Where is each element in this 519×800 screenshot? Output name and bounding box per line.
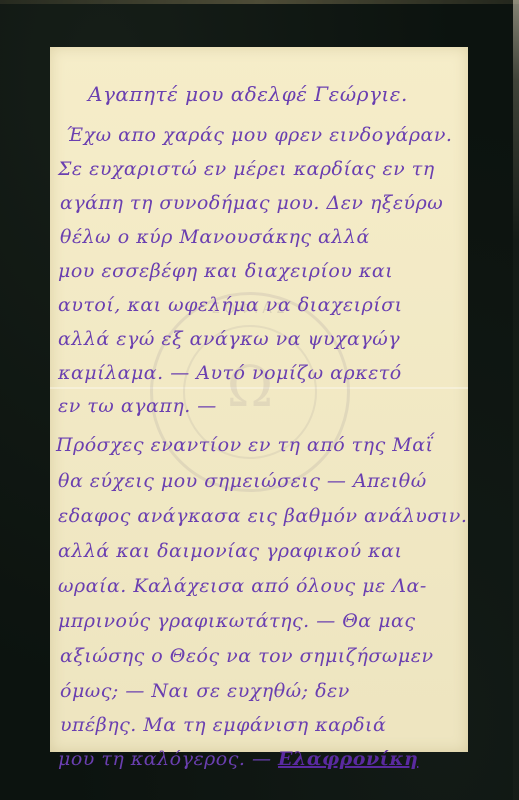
watermark-stamp-icon: ΣΟΦΙΑΣ Ω [150,292,350,492]
letter-salutation: Αγαπητέ μου αδελφέ Γεώργιε. [88,82,408,106]
letter-line: θα εύχεις μου σημειώσεις — Απειθώ [58,470,427,492]
letter-line: εν τω αγαπη. — [58,395,217,417]
card-right-edge [513,0,519,800]
letter-line: αξιώσης ο Θεός να τον σημιζήσωμεν [60,645,434,667]
letter-line: μπρινούς γραφικωτάτης. — Θα μας [58,610,416,632]
letter-line: όμως; — Ναι σε ευχηθώ; δεν [60,680,350,702]
letter-closing: μου τη καλόγερος. — [58,748,271,770]
letter-line: θέλω ο κύρ Μανουσάκης αλλά [60,226,370,248]
letter-line: αλλά εγώ εξ ανάγκω να ψυχαγώγ [58,328,400,350]
letter-line: Πρόσχες εναντίον εν τη από της Μαΐ [56,434,433,456]
letter-line: καμίλαμα. — Αυτό νομίζω αρκετό [58,362,402,384]
letter-line: μου εσσεβέφη και διαχειρίου και [58,260,393,282]
letter-line: αλλά και δαιμονίας γραφικού και [58,540,402,562]
letter-line: υπέβης. Μα τη εμφάνιση καρδιά [60,714,386,736]
letter-closing-line: μου τη καλόγερος. — Ελαφρονίκη [58,748,418,770]
letter-line: αυτοί, και ωφελήμα να διαχειρίσι [58,294,403,316]
letter-signature: Ελαφρονίκη [278,748,418,770]
card-top-edge [0,0,519,4]
letter-line: Σε ευχαριστώ εν μέρει καρδίας εν τη [58,158,435,180]
letter-line: εδαφος ανάγκασα εις βαθμόν ανάλυσιν. [58,505,467,527]
letter-line: ωραία. Καλάχεισα από όλους με Λα- [58,575,427,597]
letter-line: Έχω απο χαράς μου φρεν εινδογάραν. [66,124,452,146]
letter-line: αγάπη τη συνοδήμας μου. Δεν ηξεύρω [60,192,443,214]
